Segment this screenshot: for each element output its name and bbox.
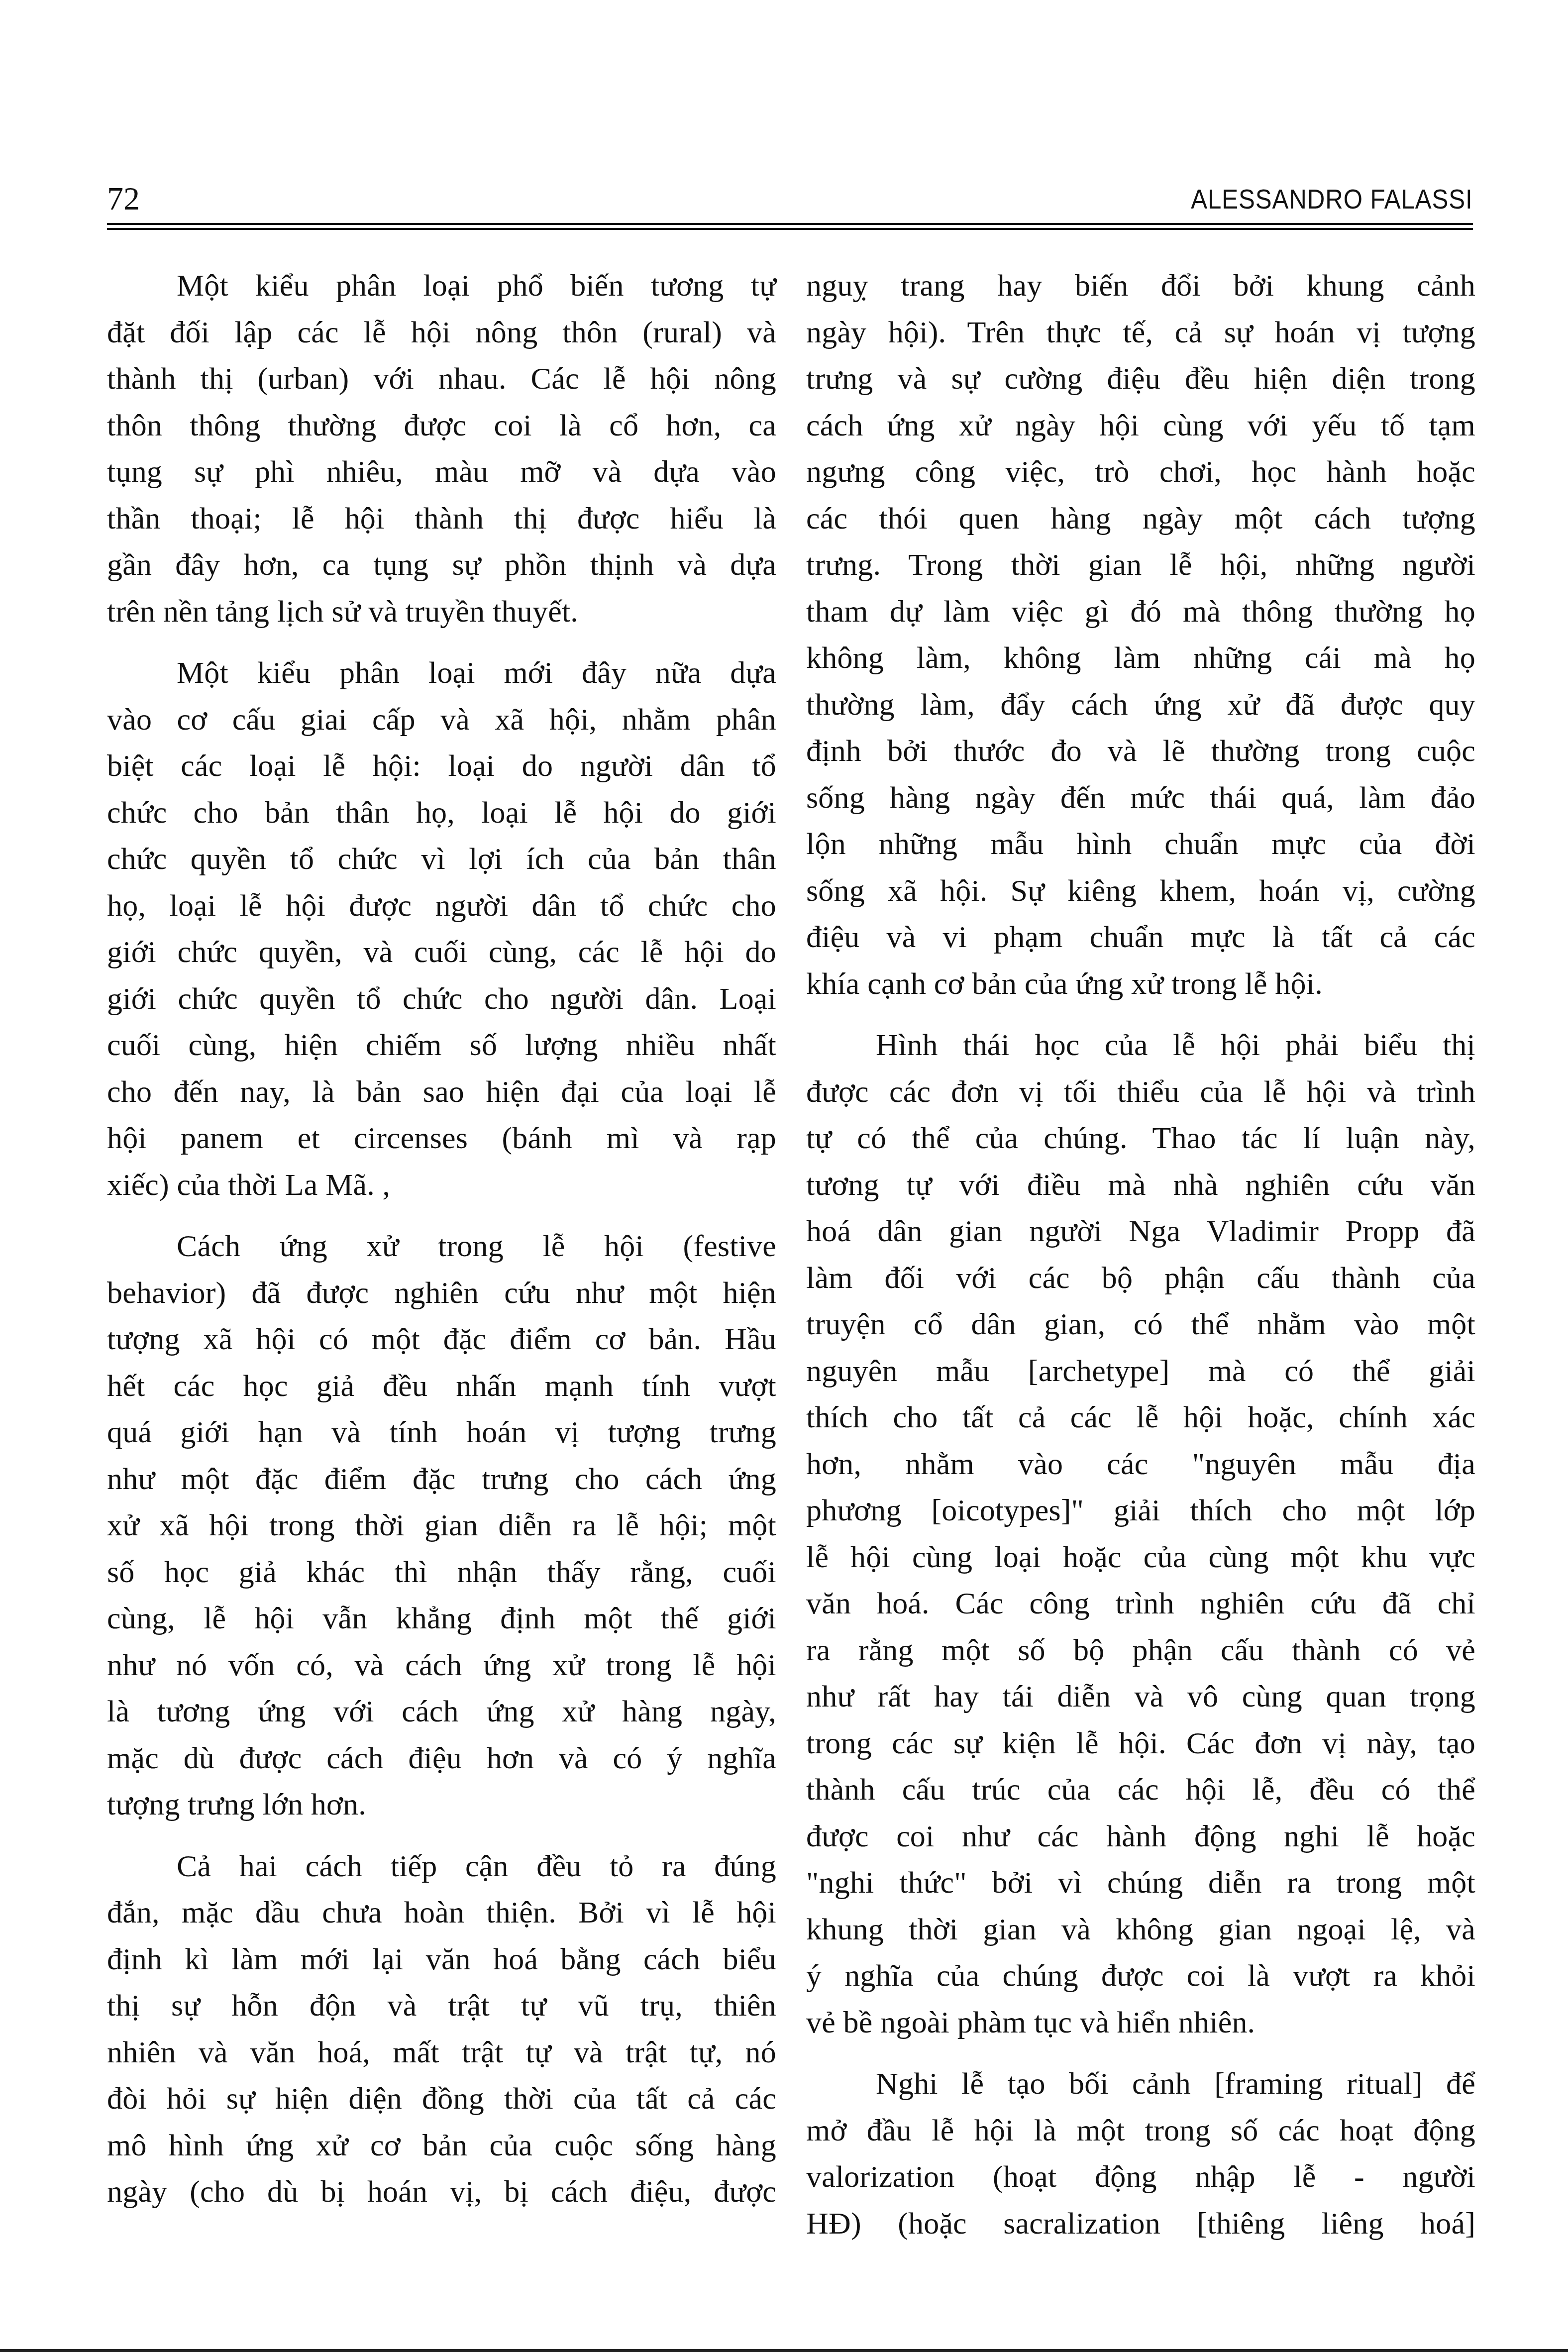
page-header: 72 ALESSANDRO FALASSI — [107, 179, 1473, 219]
text-line: giới chức quyền tổ chức cho người dân. L… — [107, 976, 776, 1023]
text-line: mặc dù được cách điệu hơn và có ý nghĩa — [107, 1735, 776, 1782]
text-line: sống hàng ngày đến mức thái quá, làm đảo — [806, 775, 1475, 822]
text-line: tự có thể của chúng. Thao tác lí luận nà… — [806, 1115, 1475, 1162]
text-line: thần thoại; lễ hội thành thị được hiểu l… — [107, 496, 776, 542]
text-line: vẻ bề ngoài phàm tục và hiển nhiên. — [806, 2000, 1475, 2046]
text-line: vào cơ cấu giai cấp và xã hội, nhằm phân — [107, 697, 776, 744]
text-line: tương tự với điều mà nhà nghiên cứu văn — [806, 1162, 1475, 1209]
text-line: quá giới hạn và tính hoán vị tượng trưng — [107, 1409, 776, 1456]
text-line: Hình thái học của lễ hội phải biểu thị — [806, 1022, 1475, 1069]
text-line: giới chức quyền, và cuối cùng, các lễ hộ… — [107, 929, 776, 976]
text-line: cách ứng xử ngày hội cùng với yếu tố tạm — [806, 403, 1475, 449]
text-line: trưng và sự cường điệu đều hiện diện tro… — [806, 356, 1475, 403]
text-line: mô hình ứng xử cơ bản của cuộc sống hàng — [107, 2123, 776, 2169]
paragraph: Một kiểu phân loại mới đây nữa dựavào cơ… — [107, 650, 776, 1208]
text-line: chức cho bản thân họ, loại lễ hội do giớ… — [107, 790, 776, 837]
text-line: ra rằng một số bộ phận cấu thành có vẻ — [806, 1627, 1475, 1674]
running-head-author: ALESSANDRO FALASSI — [1191, 179, 1473, 219]
text-line: chức quyền tổ chức vì lợi ích của bản th… — [107, 836, 776, 883]
text-line: đắn, mặc dầu chưa hoàn thiện. Bởi vì lễ … — [107, 1890, 776, 1936]
text-line: truyện cổ dân gian, có thể nhằm vào một — [806, 1301, 1475, 1348]
text-line: khía cạnh cơ bản của ứng xử trong lễ hội… — [806, 961, 1475, 1008]
text-line: văn hoá. Các công trình nghiên cứu đã ch… — [806, 1581, 1475, 1627]
text-line: thành thị (urban) với nhau. Các lễ hội n… — [107, 356, 776, 403]
text-line: xử xã hội trong thời gian diễn ra lễ hội… — [107, 1502, 776, 1549]
text-line: cuối cùng, hiện chiếm số lượng nhiều nhấ… — [107, 1022, 776, 1069]
text-line: định bởi thước đo và lẽ thường trong cuộ… — [806, 728, 1475, 775]
text-line: định kì làm mới lại văn hoá bằng cách bi… — [107, 1936, 776, 1983]
text-line: thị sự hỗn độn và trật tự vũ trụ, thiên — [107, 1983, 776, 2030]
text-line: cùng, lễ hội vẫn khẳng định một thế giới — [107, 1596, 776, 1642]
text-line: hội panem et circenses (bánh mì và rạp — [107, 1115, 776, 1162]
text-line: thôn thông thường được coi là cổ hơn, ca — [107, 403, 776, 449]
text-line: được các đơn vị tối thiểu của lễ hội và … — [806, 1069, 1475, 1116]
text-line: như một đặc điểm đặc trưng cho cách ứng — [107, 1456, 776, 1503]
paragraph: nguỵ trang hay biến đổi bởi khung cảnhng… — [806, 263, 1475, 1007]
header-double-rule — [107, 223, 1473, 230]
text-line: tham dự làm việc gì đó mà thông thường h… — [806, 589, 1475, 636]
text-line: nguỵ trang hay biến đổi bởi khung cảnh — [806, 263, 1475, 310]
paragraph: Một kiểu phân loại phổ biến tương tựđặt … — [107, 263, 776, 635]
text-line: ngày (cho dù bị hoán vị, bị cách điệu, đ… — [107, 2169, 776, 2216]
text-line: lộn những mẫu hình chuẩn mực của đời — [806, 821, 1475, 868]
text-line: nhiên và văn hoá, mất trật tự và trật tự… — [107, 2030, 776, 2076]
text-line: sống xã hội. Sự kiêng khem, hoán vị, cườ… — [806, 868, 1475, 915]
paragraph: Nghi lễ tạo bối cảnh [framing ritual] để… — [806, 2061, 1475, 2247]
text-line: trưng. Trong thời gian lễ hội, những ngư… — [806, 542, 1475, 589]
text-line: lễ hội cùng loại hoặc của cùng một khu v… — [806, 1534, 1475, 1581]
text-line: nguyên mẫu [archetype] mà có thể giải — [806, 1348, 1475, 1395]
text-line: ý nghĩa của chúng được coi là vượt ra kh… — [806, 1953, 1475, 2000]
text-line: tượng trưng lớn hơn. — [107, 1782, 776, 1828]
left-text-column: Một kiểu phân loại phổ biến tương tựđặt … — [107, 263, 776, 2216]
paragraph: Cả hai cách tiếp cận đều tỏ ra đúngđắn, … — [107, 1843, 776, 2216]
text-line: hoá dân gian người Nga Vladimir Propp đã — [806, 1208, 1475, 1255]
right-text-column: nguỵ trang hay biến đổi bởi khung cảnhng… — [806, 263, 1475, 2247]
text-line: đòi hỏi sự hiện diện đồng thời của tất c… — [107, 2076, 776, 2123]
text-line: mở đầu lễ hội là một trong số các hoạt đ… — [806, 2108, 1475, 2154]
text-line: Một kiểu phân loại phổ biến tương tự — [107, 263, 776, 310]
text-line: thường làm, đẩy cách ứng xử đã được quy — [806, 682, 1475, 729]
text-line: thành cấu trúc của các hội lễ, đều có th… — [806, 1767, 1475, 1814]
text-line: xiếc) của thời La Mã. , — [107, 1162, 776, 1209]
text-line: được coi như các hành động nghi lễ hoặc — [806, 1814, 1475, 1860]
text-line: số học giả khác thì nhận thấy rằng, cuối — [107, 1549, 776, 1596]
text-line: làm đối với các bộ phận cấu thành của — [806, 1255, 1475, 1302]
text-line: các thói quen hàng ngày một cách tượng — [806, 496, 1475, 542]
text-line: ngày hội). Trên thực tế, cả sự hoán vị t… — [806, 310, 1475, 356]
text-line: Nghi lễ tạo bối cảnh [framing ritual] để — [806, 2061, 1475, 2108]
text-line: điệu và vi phạm chuẩn mực là tất cả các — [806, 914, 1475, 961]
text-line: cho đến nay, là bản sao hiện đại của loạ… — [107, 1069, 776, 1116]
text-line: trên nền tảng lịch sử và truyền thuyết. — [107, 589, 776, 636]
text-line: không làm, không làm những cái mà họ — [806, 635, 1475, 682]
text-line: hơn, nhằm vào các "nguyên mẫu địa — [806, 1441, 1475, 1488]
text-line: gần đây hơn, ca tụng sự phồn thịnh và dự… — [107, 542, 776, 589]
text-line: tượng xã hội có một đặc điểm cơ bản. Hầu — [107, 1316, 776, 1363]
text-line: ngưng công việc, trò chơi, học hành hoặc — [806, 449, 1475, 496]
text-line: behavior) đã được nghiên cứu như một hiệ… — [107, 1270, 776, 1317]
paragraph: Cách ứng xử trong lễ hội (festivebehavio… — [107, 1223, 776, 1828]
text-line: đặt đối lập các lễ hội nông thôn (rural)… — [107, 310, 776, 356]
text-line: hết các học giả đều nhấn mạnh tính vượt — [107, 1363, 776, 1410]
page-bottom-edge — [0, 2349, 1568, 2352]
text-line: HĐ) (hoặc sacralization [thiêng liêng ho… — [806, 2201, 1475, 2247]
page-number: 72 — [107, 179, 140, 219]
text-line: trong các sự kiện lễ hội. Các đơn vị này… — [806, 1720, 1475, 1767]
text-line: Cách ứng xử trong lễ hội (festive — [107, 1223, 776, 1270]
text-line: Cả hai cách tiếp cận đều tỏ ra đúng — [107, 1843, 776, 1890]
text-line: "nghi thức" bởi vì chúng diễn ra trong m… — [806, 1860, 1475, 1907]
text-line: thích cho tất cả các lễ hội hoặc, chính … — [806, 1394, 1475, 1441]
text-line: họ, loại lễ hội được người dân tổ chức c… — [107, 883, 776, 930]
paragraph: Hình thái học của lễ hội phải biểu thịđư… — [806, 1022, 1475, 2046]
text-line: như nó vốn có, và cách ứng xử trong lễ h… — [107, 1642, 776, 1689]
text-line: khung thời gian và không gian ngoại lệ, … — [806, 1907, 1475, 1953]
text-line: tụng sự phì nhiêu, màu mỡ và dựa vào — [107, 449, 776, 496]
text-line: Một kiểu phân loại mới đây nữa dựa — [107, 650, 776, 697]
text-line: là tương ứng với cách ứng xử hàng ngày, — [107, 1689, 776, 1735]
text-line: valorization (hoạt động nhập lễ - người — [806, 2154, 1475, 2201]
text-line: phương [oicotypes]" giải thích cho một l… — [806, 1488, 1475, 1534]
text-line: biệt các loại lễ hội: loại do người dân … — [107, 743, 776, 790]
text-line: như rất hay tái diễn và vô cùng quan trọ… — [806, 1674, 1475, 1720]
